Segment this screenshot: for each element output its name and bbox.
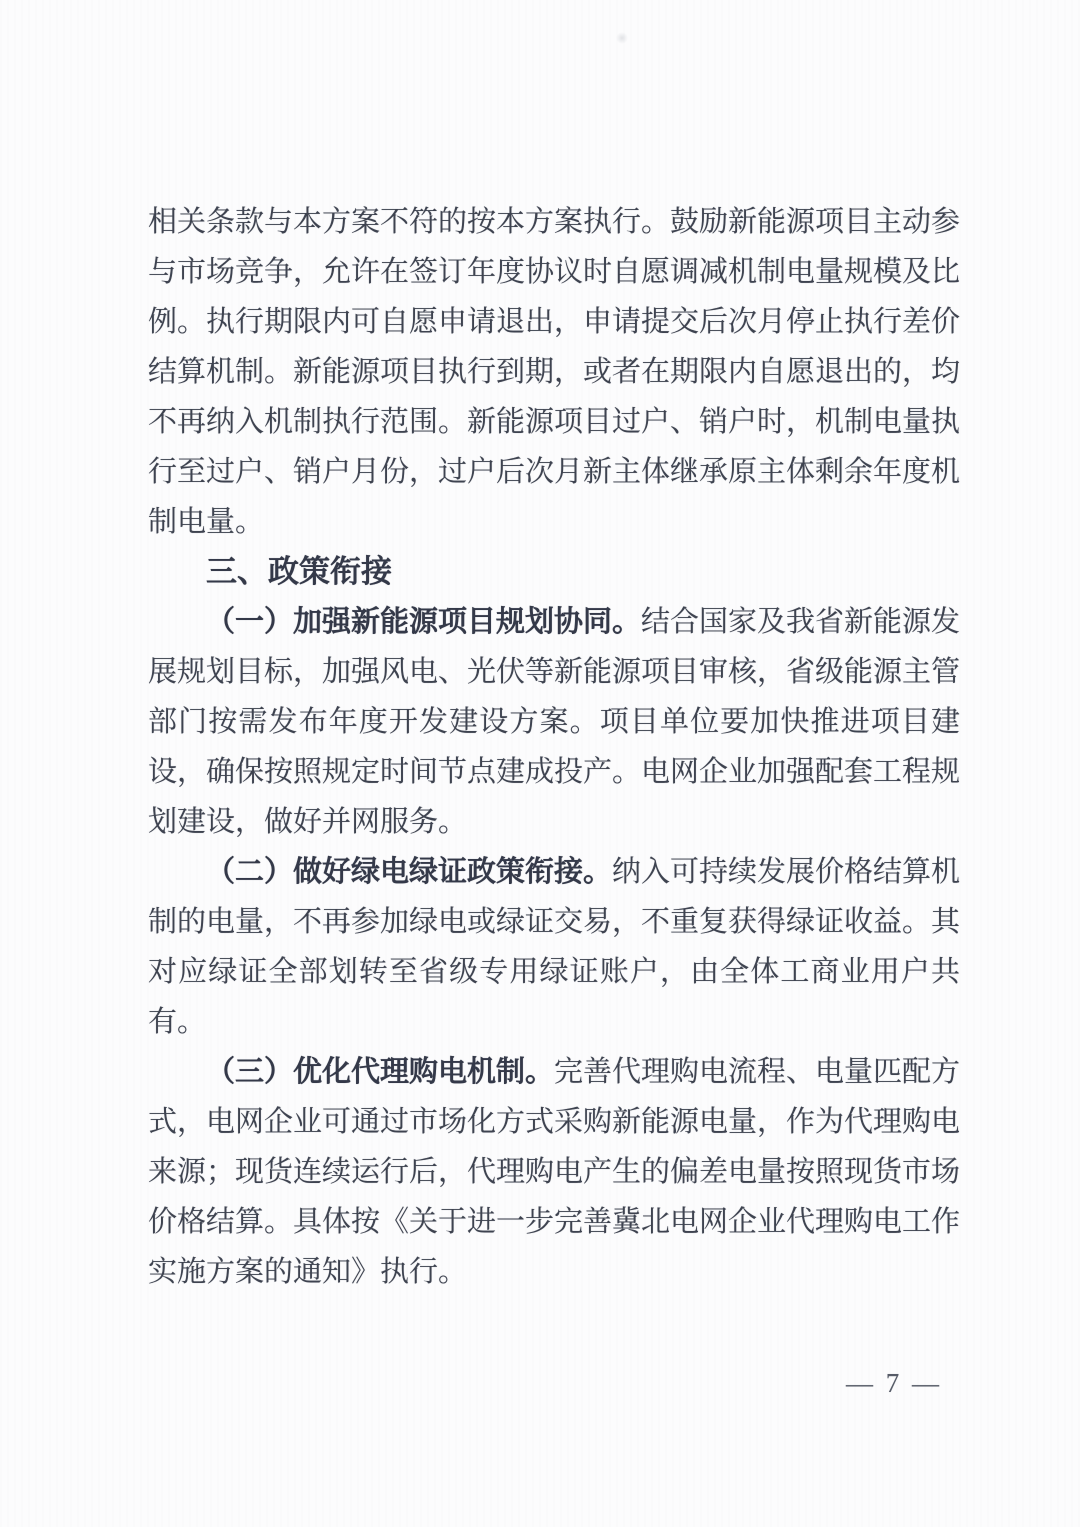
paragraph-line: 与市场竞争，允许在签订年度协议时自愿调减机制电量规模及比 (148, 247, 960, 297)
section-lead: （三）优化代理购电机制。 (206, 1056, 554, 1088)
paragraph-line: 展规划目标，加强风电、光伏等新能源项目审核，省级能源主管 (148, 647, 960, 697)
document-page: 相关条款与本方案不符的按本方案执行。鼓励新能源项目主动参 与市场竞争，允许在签订… (0, 0, 1080, 1527)
paragraph-line: 行至过户、销户月份，过户后次月新主体继承原主体剩余年度机 (148, 447, 960, 497)
paragraph-line: 部门按需发布年度开发建设方案。项目单位要加快推进项目建 (148, 697, 960, 747)
paragraph-line: （一）加强新能源项目规划协同。结合国家及我省新能源发 (148, 597, 960, 647)
paragraph-line: 例。执行期限内可自愿申请退出，申请提交后次月停止执行差价 (148, 297, 960, 347)
section-heading: 三、政策衔接 (148, 547, 960, 597)
paragraph-line: 制的电量，不再参加绿电或绿证交易，不重复获得绿证收益。其 (148, 897, 960, 947)
section-lead: （一）加强新能源项目规划协同。 (206, 606, 641, 638)
paragraph-line: 制电量。 (148, 497, 960, 547)
page-number: — 7 — (846, 1366, 942, 1400)
paragraph-line: 相关条款与本方案不符的按本方案执行。鼓励新能源项目主动参 (148, 197, 960, 247)
paragraph-line: 来源；现货连续运行后，代理购电产生的偏差电量按照现货市场 (148, 1147, 960, 1197)
document-body: 相关条款与本方案不符的按本方案执行。鼓励新能源项目主动参 与市场竞争，允许在签订… (148, 197, 960, 1297)
section-lead-rest: 完善代理购电流程、电量匹配方 (554, 1056, 960, 1088)
paragraph-line: 对应绿证全部划转至省级专用绿证账户，由全体工商业用户共 (148, 947, 960, 997)
paragraph-line: 有。 (148, 997, 960, 1047)
paragraph-line: 设，确保按照规定时间节点建成投产。电网企业加强配套工程规 (148, 747, 960, 797)
section-lead: （二）做好绿电绿证政策衔接。 (206, 856, 612, 888)
paragraph-line: 实施方案的通知》执行。 (148, 1247, 960, 1297)
paragraph-line: 划建设，做好并网服务。 (148, 797, 960, 847)
paragraph-line: 结算机制。新能源项目执行到期，或者在期限内自愿退出的，均 (148, 347, 960, 397)
paragraph-line: 价格结算。具体按《关于进一步完善冀北电网企业代理购电工作 (148, 1197, 960, 1247)
paragraph-line: 不再纳入机制执行范围。新能源项目过户、销户时，机制电量执 (148, 397, 960, 447)
section-lead-rest: 结合国家及我省新能源发 (641, 606, 960, 638)
scan-speck (616, 32, 628, 44)
paragraph-line: （三）优化代理购电机制。完善代理购电流程、电量匹配方 (148, 1047, 960, 1097)
paragraph-line: （二）做好绿电绿证政策衔接。纳入可持续发展价格结算机 (148, 847, 960, 897)
section-lead-rest: 纳入可持续发展价格结算机 (612, 856, 960, 888)
paragraph-line: 式，电网企业可通过市场化方式采购新能源电量，作为代理购电 (148, 1097, 960, 1147)
